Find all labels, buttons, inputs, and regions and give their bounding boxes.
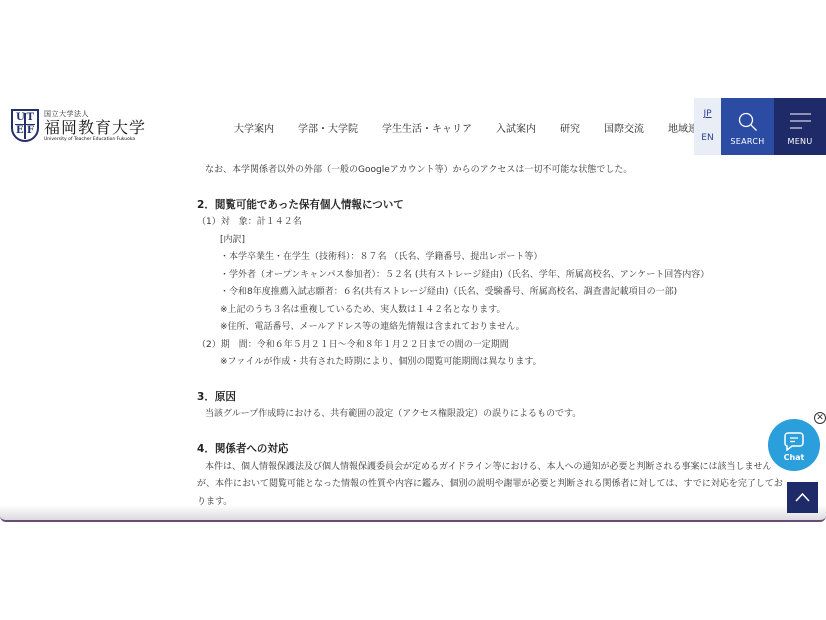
nav-item-student-life[interactable]: 学生生活・キャリア [382,120,472,135]
section-4-body-line: が、本件において閲覧可能となった情報の性質や内容に鑑み、個別の説明や謝罪が必要と… [197,476,783,489]
nav-item-international[interactable]: 国際交流 [604,120,644,135]
logo-english: University of Teacher Education Fukuoka [44,137,146,142]
chat-label: Chat [768,453,820,462]
section-4-body-line: 本件は、個人情報保護法及び個人情報保護委員会が定めるガイドライン等における、本人… [205,459,771,472]
lang-jp-link[interactable]: JP [694,109,721,119]
target-count: （1）対 象：計１４２名 [197,214,302,227]
breakdown-label: [内訳] [220,232,245,245]
breakdown-item: ・学外者（オープンキャンパス参加者）：５２名 (共有ストレージ経由)（氏名、学年… [220,267,709,280]
menu-button[interactable]: MENU [774,98,826,155]
viewport-bottom-edge [0,505,826,522]
section-3-body: 当該グループ作成時における、共有範囲の設定（アクセス権限設定）の誤りによるもので… [205,406,581,419]
search-button[interactable]: SEARCH [721,98,774,155]
note-duplicate: ※上記のうち３名は重複しているため、実人数は１４２名となります。 [220,302,505,315]
hamburger-menu-icon [790,113,811,129]
scroll-to-top-button[interactable] [787,482,818,513]
breakdown-item: ・本学卒業生・在学生（技術科）：８７名 （氏名、学籍番号、提出レポート等） [220,249,542,262]
menu-label: MENU [774,137,826,146]
search-icon [738,112,758,132]
chat-button[interactable]: Chat [768,419,820,471]
logo-shield-icon: U T E F [11,109,39,142]
section-2-heading: 2．閲覧可能であった保有個人情報について [197,197,404,212]
note-contact: ※住所、電話番号、メールアドレス等の連絡先情報は含まれておりません。 [220,319,525,332]
lang-en-link[interactable]: EN [694,133,721,143]
breakdown-item: ・令和8年度推薦入試志願者：６名(共有ストレージ経由)（氏名、受験番号、所属高校… [220,284,677,297]
search-label: SEARCH [721,137,774,146]
chat-close-button[interactable]: ✕ [814,412,826,424]
period-note: ※ファイルが作成・共有された時期により、個別の閲覧可能期間は異なります。 [220,354,542,367]
chevron-up-icon [795,492,810,502]
logo-title: 福岡教育大学 [44,119,146,137]
nav-item-about[interactable]: 大学案内 [234,120,274,135]
main-nav: 大学案内 学部・大学院 学生生活・キャリア 入試案内 研究 国際交流 地域連携 [234,120,732,135]
section-4-heading: 4．関係者への対応 [197,441,288,456]
intro-text: なお、本学関係者以外の外部（一般のGoogleアカウント等）からのアクセスは一切… [205,162,632,175]
language-switcher: JP EN [694,98,721,155]
site-header: U T E F 国立大学法人 福岡教育大学 University of Teac… [0,98,826,155]
nav-item-research[interactable]: 研究 [560,120,580,135]
section-3-heading: 3．原因 [197,389,236,404]
university-logo[interactable]: U T E F 国立大学法人 福岡教育大学 University of Teac… [11,109,146,142]
period: （2）期 間：令和６年５月２１日～令和８年１月２２日までの間の一定期間 [197,337,509,350]
nav-item-faculties[interactable]: 学部・大学院 [298,120,358,135]
chat-bubble-icon [784,431,804,451]
nav-item-admissions[interactable]: 入試案内 [496,120,536,135]
